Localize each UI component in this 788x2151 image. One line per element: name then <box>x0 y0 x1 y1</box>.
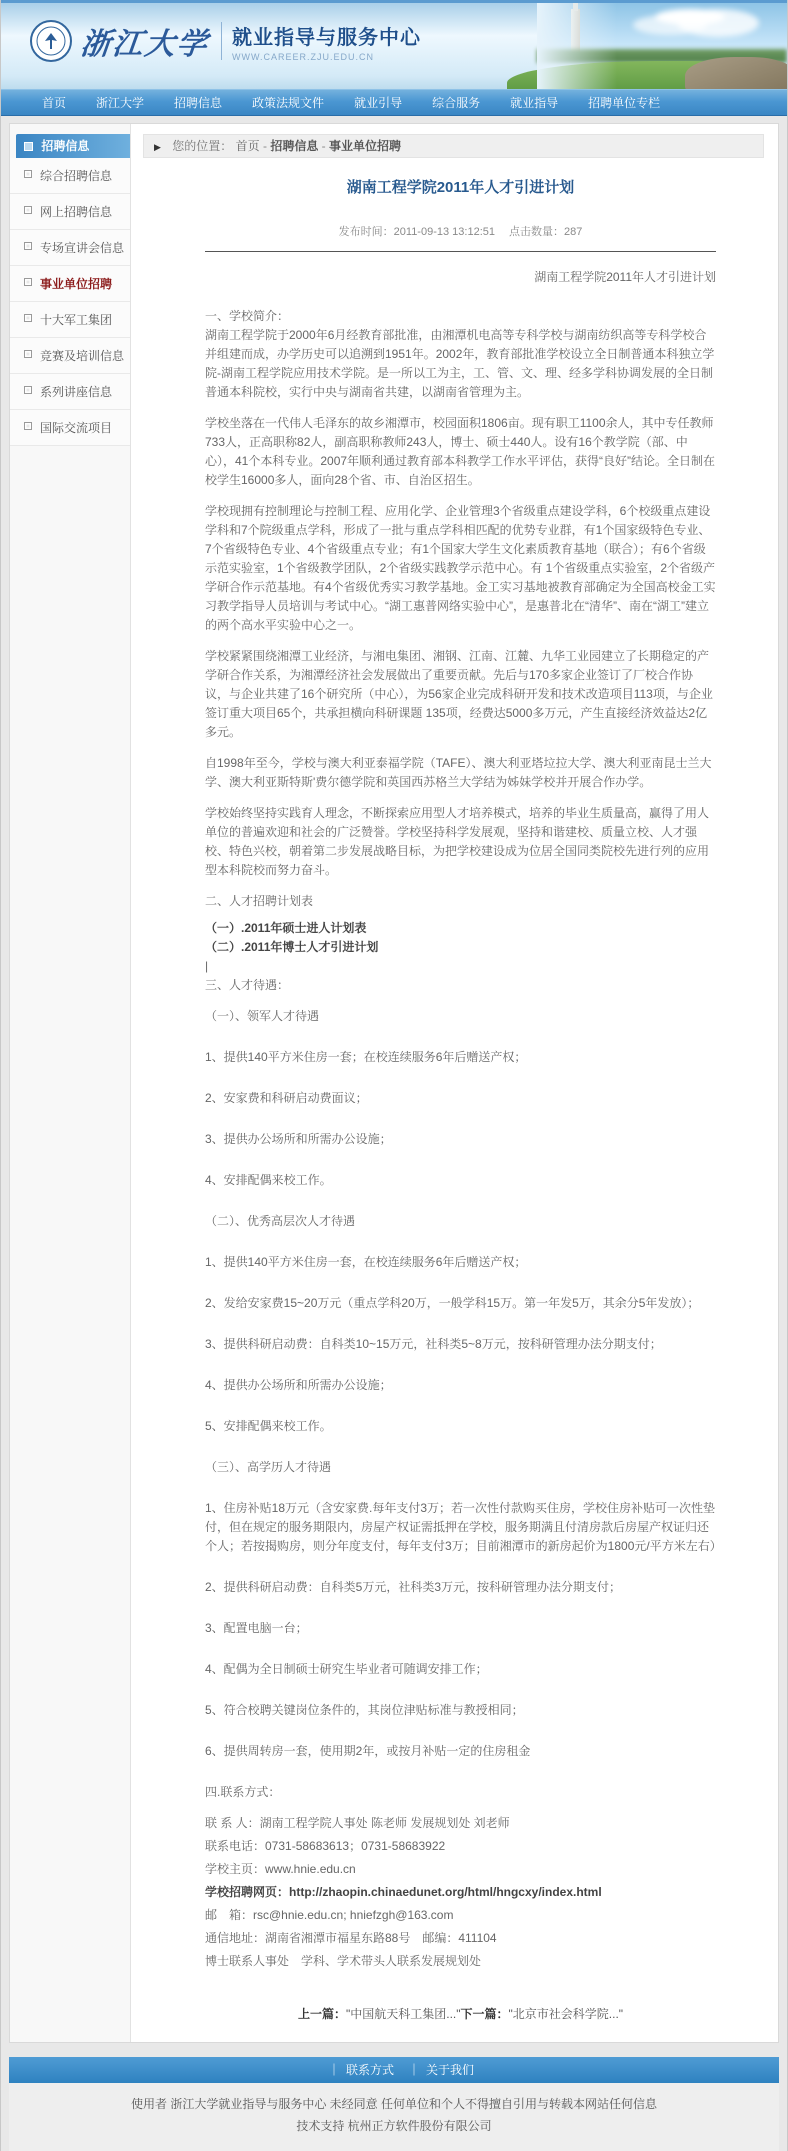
paragraph-12: （一）、领军人才待遇 <box>205 1007 716 1026</box>
bullet-icon <box>24 206 32 214</box>
sidebar-item-3[interactable]: 事业单位招聘 <box>10 266 130 302</box>
nav-item-4[interactable]: 就业引导 <box>339 94 417 111</box>
paragraph-13: 1、提供140平方米住房一套；在校连续服务6年后赠送产权； <box>205 1048 716 1067</box>
breadcrumb-separator: - <box>260 139 271 153</box>
bullet-icon <box>24 278 32 286</box>
footer-link-separator: ｜ <box>328 2063 340 2077</box>
hits-label: 点击数量： <box>509 226 564 238</box>
paragraph-37: 博士联系人事处 学科、学术带头人联系发展规划处 <box>205 1952 716 1971</box>
paragraph-33: 学校主页：www.hnie.edu.cn <box>205 1860 716 1879</box>
paragraph-32: 联系电话：0731-58683613；0731-58683922 <box>205 1837 716 1856</box>
paragraph-30: 四.联系方式： <box>205 1783 716 1802</box>
page: 浙江大学 就业指导与服务中心 WWW.CAREER.ZJU.EDU.CN 首页浙… <box>0 0 788 2151</box>
nav-item-0[interactable]: 首页 <box>27 94 81 111</box>
breadcrumb-separator: - <box>318 139 329 153</box>
footer-link-bar: ｜联系方式｜关于我们 <box>9 2057 779 2083</box>
bullet-icon <box>24 170 32 178</box>
bullet-icon <box>24 422 32 430</box>
sidebar: 招聘信息 综合招聘信息网上招聘信息专场宣讲会信息事业单位招聘十大军工集团竞赛及培… <box>10 124 131 2042</box>
publish-time: 2011-09-13 13:12:51 <box>394 226 495 238</box>
logo-area[interactable]: 浙江大学 就业指导与服务中心 WWW.CAREER.ZJU.EDU.CN <box>29 19 421 63</box>
site-name: 就业指导与服务中心 <box>232 21 421 50</box>
paragraph-23: （三）、高学历人才待遇 <box>205 1458 716 1477</box>
paragraph-9: （二）.2011年博士人才引进计划 <box>205 938 716 957</box>
sidebar-item-label: 网上招聘信息 <box>40 205 112 219</box>
sidebar-item-5[interactable]: 竞赛及培训信息 <box>10 338 130 374</box>
paragraph-22: 5、安排配偶来校工作。 <box>205 1417 716 1436</box>
paragraph-11: 三、人才待遇： <box>205 976 716 995</box>
article-body: 一、学校简介：湖南工程学院于2000年6月经教育部批准，由湘潭机电高等专科学校与… <box>205 307 716 1971</box>
paragraph-19: 2、发给安家费15~20万元（重点学科20万，一般学科15万。第一年发5万，其余… <box>205 1294 716 1313</box>
paragraph-20: 3、提供科研启动费：自科类10~15万元，社科类5~8万元，按科研管理办法分期支… <box>205 1335 716 1354</box>
next-article-link[interactable]: "北京市社会科学院..." <box>509 2007 624 2021</box>
photo-rock <box>685 57 787 89</box>
nav-item-2[interactable]: 招聘信息 <box>159 94 237 111</box>
sidebar-item-label: 系列讲座信息 <box>40 385 112 399</box>
zju-seal-icon <box>29 19 73 63</box>
breadcrumb: ▶ 您的位置： 首页 - 招聘信息 - 事业单位招聘 <box>143 134 764 158</box>
nav-item-7[interactable]: 招聘单位专栏 <box>573 94 675 111</box>
sidebar-item-4[interactable]: 十大军工集团 <box>10 302 130 338</box>
paragraph-34: 学校招聘网页：http://zhaopin.chinaedunet.org/ht… <box>205 1883 716 1902</box>
prev-article-link[interactable]: "中国航天科工集团..." <box>346 2007 461 2021</box>
university-name: 浙江大学 <box>79 19 212 63</box>
paragraph-15: 3、提供办公场所和所需办公设施； <box>205 1130 716 1149</box>
breadcrumb-item-1[interactable]: 招聘信息 <box>270 139 318 153</box>
paragraph-6: 学校始终坚持实践育人理念，不断探索应用型人才培养模式，培养的毕业生质量高，赢得了… <box>205 804 716 880</box>
article: 湖南工程学院2011年人才引进计划 发布时间：2011-09-13 13:12:… <box>143 176 764 2022</box>
paragraph-29: 6、提供周转房一套，使用期2年，或按月补贴一定的住房租金 <box>205 1742 716 1761</box>
photo-cloud <box>655 9 725 25</box>
paragraph-5: 自1998年至今，学校与澳大利亚泰福学院（TAFE）、澳大利亚塔垃拉大学、澳大利… <box>205 754 716 792</box>
sidebar-item-0[interactable]: 综合招聘信息 <box>10 158 130 194</box>
paragraph-17: （二）、优秀高层次人才待遇 <box>205 1212 716 1231</box>
breadcrumb-item-2[interactable]: 事业单位招聘 <box>329 139 401 153</box>
paragraph-7: 二、人才招聘计划表 <box>205 892 716 911</box>
sidebar-item-label: 竞赛及培训信息 <box>40 349 124 363</box>
arrow-icon: ▶ <box>154 142 161 152</box>
photo-fade <box>537 3 617 89</box>
paragraph-36: 通信地址：湖南省湘潭市福星东路88号 邮编：411104 <box>205 1929 716 1948</box>
paragraph-1: 湖南工程学院于2000年6月经教育部批准，由湘潭机电高等专科学校与湖南纺织高等专… <box>205 326 716 402</box>
site-header: 浙江大学 就业指导与服务中心 WWW.CAREER.ZJU.EDU.CN <box>1 3 787 89</box>
bullet-icon <box>24 386 32 394</box>
article-heading-right: 湖南工程学院2011年人才引进计划 <box>205 268 716 285</box>
sidebar-item-label: 事业单位招聘 <box>40 277 112 291</box>
bullet-icon <box>24 242 32 250</box>
footer-link-1[interactable]: 关于我们 <box>426 2063 474 2077</box>
sidebar-item-label: 专场宣讲会信息 <box>40 241 124 255</box>
footer-line1: 使用者 浙江大学就业指导与服务中心 未经同意 任何单位和个人不得擅自引用与转载本… <box>9 2093 779 2115</box>
paragraph-28: 5、符合校聘关键岗位条件的，其岗位津贴标准与教授相同； <box>205 1701 716 1720</box>
breadcrumb-prefix: 您的位置： <box>172 139 232 153</box>
sidebar-item-label: 国际交流项目 <box>40 421 112 435</box>
paragraph-8: （一）.2011年硕士进人计划表 <box>205 919 716 938</box>
pager: 上一篇："中国航天科工集团..."下一篇："北京市社会科学院..." <box>205 2005 716 2022</box>
footer-link-separator: ｜ <box>408 2063 420 2077</box>
nav-item-5[interactable]: 综合服务 <box>417 94 495 111</box>
sidebar-item-1[interactable]: 网上招聘信息 <box>10 194 130 230</box>
logo-divider <box>221 22 222 60</box>
bullet-icon <box>24 350 32 358</box>
publish-label: 发布时间： <box>339 226 394 238</box>
paragraph-24: 1、住房补贴18万元（含安家费.每年支付3万；若一次性付款购买住房，学校住房补贴… <box>205 1499 716 1556</box>
main-nav: 首页浙江大学招聘信息政策法规文件就业引导综合服务就业指导招聘单位专栏 <box>1 89 787 116</box>
sidebar-item-2[interactable]: 专场宣讲会信息 <box>10 230 130 266</box>
divider-rule <box>205 251 716 252</box>
paragraph-10: | <box>205 957 716 976</box>
paragraph-14: 2、安家费和科研启动费面议； <box>205 1089 716 1108</box>
sidebar-item-label: 综合招聘信息 <box>40 169 112 183</box>
breadcrumb-item-0[interactable]: 首页 <box>236 139 260 153</box>
article-meta: 发布时间：2011-09-13 13:12:51点击数量：287 <box>205 223 716 239</box>
nav-item-3[interactable]: 政策法规文件 <box>237 94 339 111</box>
paragraph-18: 1、提供140平方米住房一套，在校连续服务6年后赠送产权； <box>205 1253 716 1272</box>
hits-count: 287 <box>564 226 582 238</box>
paragraph-16: 4、安排配偶来校工作。 <box>205 1171 716 1190</box>
nav-item-6[interactable]: 就业指导 <box>495 94 573 111</box>
sidebar-title: 招聘信息 <box>41 139 89 153</box>
paragraph-21: 4、提供办公场所和所需办公设施； <box>205 1376 716 1395</box>
sidebar-list: 综合招聘信息网上招聘信息专场宣讲会信息事业单位招聘十大军工集团竞赛及培训信息系列… <box>10 158 130 446</box>
sidebar-item-6[interactable]: 系列讲座信息 <box>10 374 130 410</box>
paragraph-4: 学校紧紧围绕湘潭工业经济，与湘电集团、湘钢、江南、江麓、九华工业园建立了长期稳定… <box>205 647 716 742</box>
paragraph-25: 2、提供科研启动费：自科类5万元，社科类3万元，按科研管理办法分期支付； <box>205 1578 716 1597</box>
sidebar-item-7[interactable]: 国际交流项目 <box>10 410 130 446</box>
footer-link-0[interactable]: 联系方式 <box>346 2063 394 2077</box>
paragraph-26: 3、配置电脑一台； <box>205 1619 716 1638</box>
paragraph-31: 联 系 人：湖南工程学院人事处 陈老师 发展规划处 刘老师 <box>205 1814 716 1833</box>
bullet-icon <box>24 314 32 322</box>
nav-item-1[interactable]: 浙江大学 <box>81 94 159 111</box>
prev-label: 上一篇： <box>298 2007 346 2021</box>
site-url: WWW.CAREER.ZJU.EDU.CN <box>232 52 421 62</box>
footer-line2: 技术支持 杭州正方软件股份有限公司 <box>9 2115 779 2137</box>
page-title: 湖南工程学院2011年人才引进计划 <box>205 176 716 197</box>
folder-icon <box>24 142 33 151</box>
paragraph-3: 学校现拥有控制理论与控制工程、应用化学、企业管理3个省级重点建设学科，6个校级重… <box>205 502 716 635</box>
content-panel: 招聘信息 综合招聘信息网上招聘信息专场宣讲会信息事业单位招聘十大军工集团竞赛及培… <box>9 123 779 2043</box>
paragraph-0: 一、学校简介： <box>205 307 716 326</box>
campus-photo <box>537 3 787 89</box>
footer-text: 使用者 浙江大学就业指导与服务中心 未经同意 任何单位和个人不得擅自引用与转载本… <box>9 2083 779 2151</box>
sidebar-header: 招聘信息 <box>16 134 130 158</box>
sidebar-item-label: 十大军工集团 <box>40 313 112 327</box>
paragraph-35: 邮 箱：rsc@hnie.edu.cn; hniefzgh@163.com <box>205 1906 716 1925</box>
paragraph-27: 4、配偶为全日制硕士研究生毕业者可随调安排工作； <box>205 1660 716 1679</box>
next-label: 下一篇： <box>461 2007 509 2021</box>
main-content: ▶ 您的位置： 首页 - 招聘信息 - 事业单位招聘 湖南工程学院2011年人才… <box>131 124 778 2042</box>
paragraph-2: 学校坐落在一代伟人毛泽东的故乡湘潭市，校园面积1806亩。现有职工1100余人，… <box>205 414 716 490</box>
